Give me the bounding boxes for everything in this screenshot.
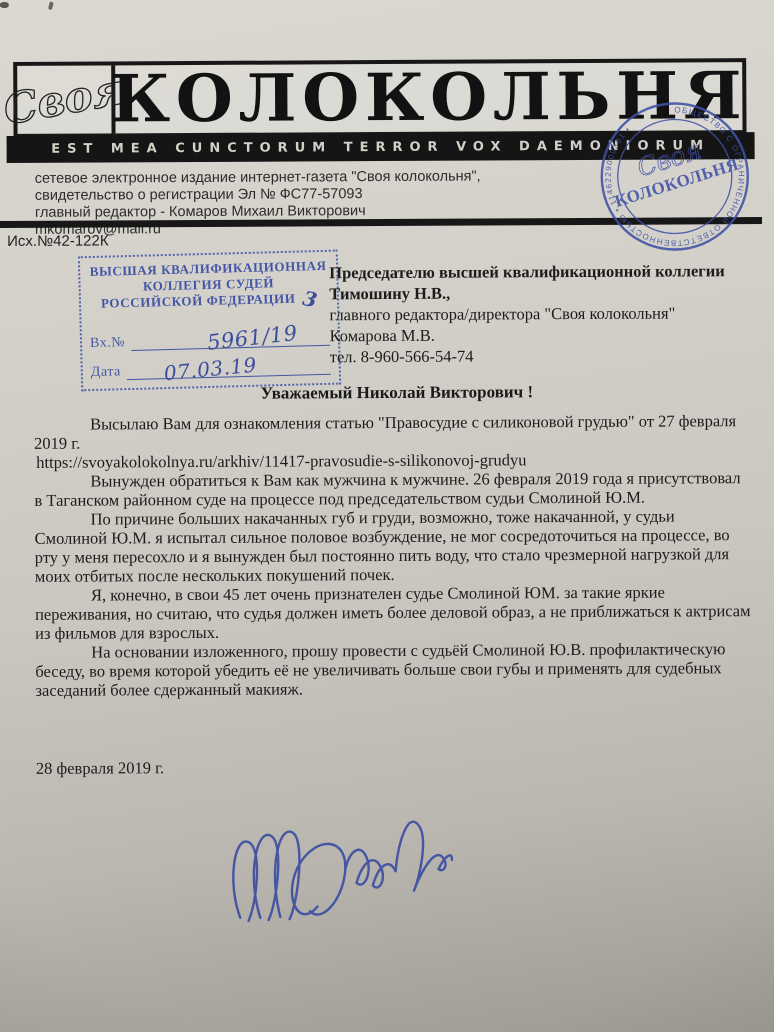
publication-info: сетевое электронное издание интернет-газ… <box>35 169 481 239</box>
incoming-number-line: 5961/19 <box>131 323 331 351</box>
publication-info-line: сетевое электронное издание интернет-газ… <box>35 169 481 188</box>
stamp-date-line: 07.03.19 <box>126 352 331 380</box>
handwritten-incoming-number: 5961/19 <box>206 321 299 355</box>
stamp-incoming-number-row: Вх.№ 5961/19 <box>90 323 331 352</box>
recipient-line: Председателю высшей квалификационной кол… <box>329 260 767 283</box>
handwritten-mark: 3 <box>301 290 319 309</box>
paper-sheet: Своя КОЛОКОЛЬНЯ EST MEA CUNCTORUM TERROR… <box>0 0 774 1032</box>
recipient-line: Тимошину Н.В., <box>329 281 767 304</box>
paragraph: Я, конечно, в свои 45 лет очень признате… <box>35 582 751 643</box>
letter-date: 28 февраля 2019 г. <box>36 758 164 779</box>
paragraph: Высылаю Вам для ознакомления статью "Пра… <box>34 411 750 453</box>
stamp-date-label: Дата <box>91 364 127 381</box>
round-company-seal: ОБЩЕСТВО С ОГРАНИЧЕННОЙ ОТВЕТСТВЕННОСТЬЮ… <box>594 100 755 253</box>
incoming-number-label: Вх.№ <box>90 335 131 352</box>
paragraph: По причине больших накачанных губ и груд… <box>35 506 751 586</box>
stamp-org-name: ВЫСШАЯ КВАЛИФИКАЦИОННАЯ КОЛЛЕГИЯ СУДЕЙ Р… <box>88 258 329 313</box>
recipient-line: Комарова М.В. <box>330 323 768 346</box>
outgoing-ref-number: Исх.№42-122К <box>7 232 109 250</box>
recipient-line: тел. 8-960-566-54-74 <box>330 344 768 367</box>
paragraph: Вынужден обратиться к Вам как мужчина к … <box>34 468 750 510</box>
stamp-date-row: Дата 07.03.19 <box>90 352 331 381</box>
paper-mark <box>48 1 54 10</box>
recipient-block: Председателю высшей квалификационной кол… <box>329 260 768 367</box>
paragraph: На основании изложенного, прошу провести… <box>35 639 751 700</box>
handwritten-signature <box>208 765 470 932</box>
incoming-registration-stamp: ВЫСШАЯ КВАЛИФИКАЦИОННАЯ КОЛЛЕГИЯ СУДЕЙ Р… <box>78 250 341 392</box>
letter-body: Высылаю Вам для ознакомления статью "Пра… <box>34 411 751 700</box>
recipient-line: главного редактора/директора "Своя колок… <box>329 302 767 325</box>
paper-mark <box>0 2 9 8</box>
salutation: Уважаемый Николай Викторович ! <box>0 381 774 405</box>
scanned-letter-page: Своя КОЛОКОЛЬНЯ EST MEA CUNCTORUM TERROR… <box>0 0 774 1032</box>
handwritten-date: 07.03.19 <box>162 353 257 386</box>
